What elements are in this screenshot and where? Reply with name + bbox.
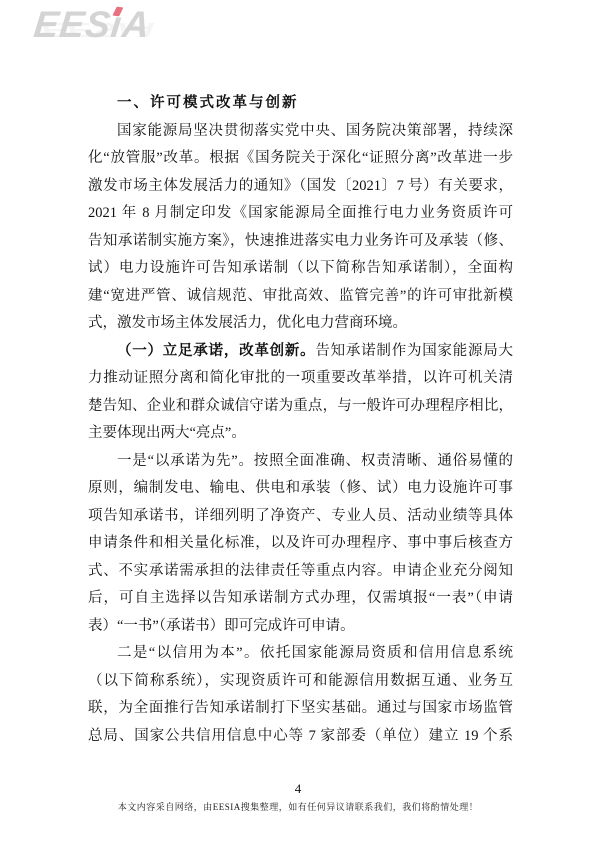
text-line: 试）电力设施许可告知承诺制（以下简称告知承诺制），全面构 (88, 255, 513, 283)
eesia-logo: EESıA (32, 6, 152, 44)
text-segment: 2021 年 8 月制定印发《国家能源局全面推行电力业务资质许可 (88, 205, 513, 221)
text-segment: 式，激发市场主体发展活力，优化电力营商环境。 (88, 315, 407, 331)
document-body: 一、许可模式改革与创新国家能源局坚决贯彻落实党中央、国务院决策部署，持续深化“放… (88, 90, 513, 750)
text-line: 2021 年 8 月制定印发《国家能源局全面推行电力业务资质许可 (88, 200, 513, 228)
text-segment: 建“宽进严管、诚信规范、审批高效、监管完善”的许可审批新模 (88, 288, 513, 304)
text-segment: 告知承诺制作为国家能源局大 (315, 343, 513, 359)
text-line: 国家能源局坚决贯彻落实党中央、国务院决策部署，持续深 (88, 118, 513, 146)
text-line: 告知承诺制实施方案》，快速推进落实电力业务许可及承装（修、 (88, 228, 513, 256)
text-line: 力推动证照分离和简化审批的一项重要改革举措，以许可机关清 (88, 365, 513, 393)
text-line: 一是“以承诺为先”。按照全面准确、权责清晰、通俗易懂的 (88, 448, 513, 476)
text-line: 项告知承诺书，详细列明了净资产、专业人员、活动业绩等具体 (88, 503, 513, 531)
text-line: 式、不实承诺需承担的法律责任等重点内容。申请企业充分阅知 (88, 558, 513, 586)
text-line: 联，为全面推行告知承诺制打下坚实基础。通过与国家市场监管 (88, 695, 513, 723)
bold-text-segment: （一）立足承诺，改革创新。 (117, 343, 315, 359)
text-segment: 国家能源局坚决贯彻落实党中央、国务院决策部署，持续深 (117, 123, 513, 139)
text-segment: 告知承诺制实施方案》，快速推进落实电力业务许可及承装（修、 (88, 233, 513, 249)
text-segment: 表）“一书”（承诺书）即可完成许可申请。 (88, 618, 355, 634)
document-page: EESıA EESıA 一、许可模式改革与创新国家能源局坚决贯彻落实党中央、国务… (0, 0, 596, 842)
text-segment: 联，为全面推行告知承诺制打下坚实基础。通过与国家市场监管 (88, 700, 513, 716)
text-line: 表）“一书”（承诺书）即可完成许可申请。 (88, 613, 513, 641)
text-segment: 项告知承诺书，详细列明了净资产、专业人员、活动业绩等具体 (88, 508, 513, 524)
text-line: 激发市场主体发展活力的通知》（国发〔2021〕7 号）有关要求， (88, 173, 513, 201)
text-line: 式，激发市场主体发展活力，优化电力营商环境。 (88, 310, 513, 338)
logo-text-suffix: A (120, 4, 152, 45)
text-line: 原则，编制发电、输电、供电和承装（修、试）电力设施许可事 (88, 475, 513, 503)
text-line: 化“放管服”改革。根据《国务院关于深化“证照分离”改革进一步 (88, 145, 513, 173)
text-segment: 楚告知、企业和群众诚信守诺为重点，与一般许可办理程序相比， (88, 398, 513, 414)
logo-text-prefix: EES (32, 4, 113, 45)
text-line: 二是“以信用为本”。依托国家能源局资质和信用信息系统 (88, 640, 513, 668)
text-segment: 一是“以承诺为先”。按照全面准确、权责清晰、通俗易懂的 (117, 453, 513, 469)
text-line: 建“宽进严管、诚信规范、审批高效、监管完善”的许可审批新模 (88, 283, 513, 311)
text-segment: 力推动证照分离和简化审批的一项重要改革举措，以许可机关清 (88, 370, 513, 386)
text-line: 总局、国家公共信用信息中心等 7 家部委（单位）建立 19 个系 (88, 723, 513, 751)
text-line: 主要体现出两大“亮点”。 (88, 420, 513, 448)
text-segment: 后，可自主选择以告知承诺制方式办理，仅需填报“一表”（申请 (88, 590, 513, 606)
text-line: 楚告知、企业和群众诚信守诺为重点，与一般许可办理程序相比， (88, 393, 513, 421)
text-segment: 申请条件和相关量化标准，以及许可办理程序、事中事后核查方 (88, 535, 513, 551)
text-segment: 激发市场主体发展活力的通知》（国发〔2021〕7 号）有关要求， (88, 178, 513, 194)
text-segment: 化“放管服”改革。根据《国务院关于深化“证照分离”改革进一步 (88, 150, 513, 166)
text-segment: 总局、国家公共信用信息中心等 7 家部委（单位）建立 19 个系 (88, 728, 513, 744)
text-line: 后，可自主选择以告知承诺制方式办理，仅需填报“一表”（申请 (88, 585, 513, 613)
text-segment: 一、许可模式改革与创新 (117, 95, 299, 111)
text-line: 申请条件和相关量化标准，以及许可办理程序、事中事后核查方 (88, 530, 513, 558)
text-line: （以下简称系统），实现资质许可和能源信用数据互通、业务互 (88, 668, 513, 696)
section-heading: 一、许可模式改革与创新 (88, 90, 513, 118)
text-segment: （以下简称系统），实现资质许可和能源信用数据互通、业务互 (88, 673, 513, 689)
page-number: 4 (0, 781, 596, 797)
text-segment: 式、不实承诺需承担的法律责任等重点内容。申请企业充分阅知 (88, 563, 513, 579)
text-segment: 二是“以信用为本”。依托国家能源局资质和信用信息系统 (117, 645, 513, 661)
text-segment: 原则，编制发电、输电、供电和承装（修、试）电力设施许可事 (88, 480, 513, 496)
text-segment: 主要体现出两大“亮点”。 (88, 425, 246, 441)
footer-disclaimer: 本文内容采自网络，由EESIA搜集整理，如有任何异议请联系我们，我们将酌情处理！ (0, 800, 596, 813)
text-segment: 试）电力设施许可告知承诺制（以下简称告知承诺制），全面构 (88, 260, 513, 276)
text-line: （一）立足承诺，改革创新。告知承诺制作为国家能源局大 (88, 338, 513, 366)
